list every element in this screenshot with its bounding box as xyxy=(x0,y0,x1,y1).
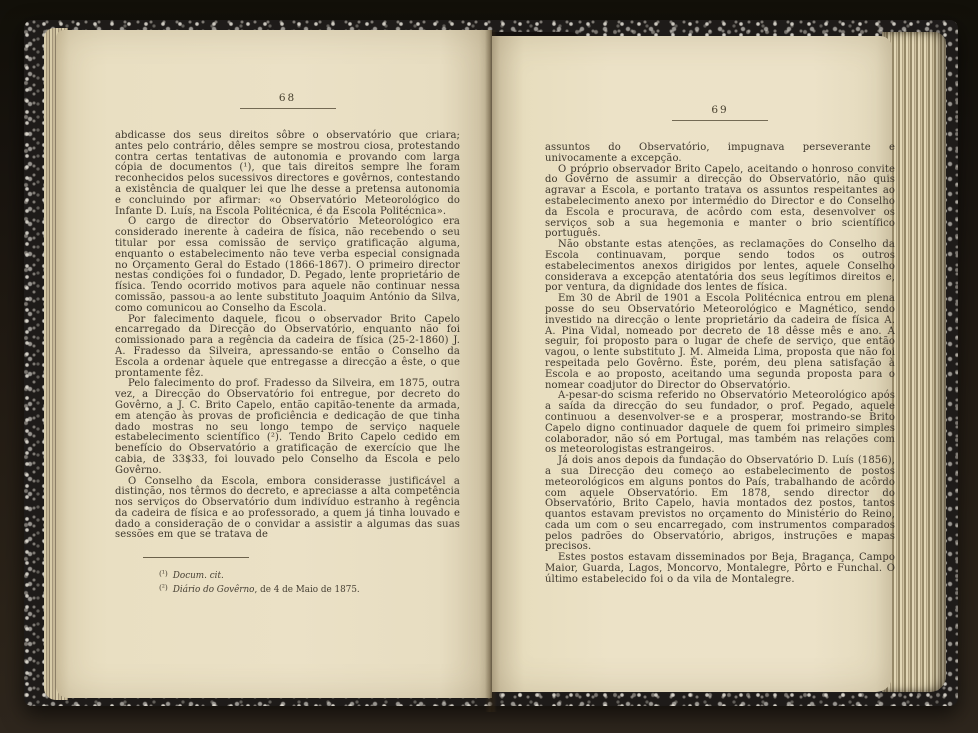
footnote-rule xyxy=(143,557,249,558)
paragraph: Em 30 de Abril de 1901 a Escola Politécn… xyxy=(545,294,895,391)
right-page-content: 69 assuntos do Observatório, impugnava p… xyxy=(545,98,895,586)
footnote: (²)Diário do Govêrno, de 4 de Maio de 18… xyxy=(115,582,460,596)
paragraph: O próprio observador Brito Capelo, aceit… xyxy=(545,165,895,241)
footnote-text-rest: , de 4 de Maio de 1875. xyxy=(254,585,359,595)
paragraph: Estes postos estavam disseminados por Be… xyxy=(545,553,895,585)
paragraph: Por falecimento daquele, ficou o observa… xyxy=(115,315,460,380)
paragraph: abdicasse dos seus direitos sôbre o obse… xyxy=(115,131,460,217)
paragraph: assuntos do Observatório, impugnava pers… xyxy=(545,143,895,165)
paragraph: Já dois anos depois da fundação do Obser… xyxy=(545,456,895,553)
footnote-text: Docum. cit. xyxy=(173,571,224,581)
right-page-header: 69 xyxy=(545,98,895,121)
left-page-header: 68 xyxy=(115,86,460,109)
footnote-marker: (¹) xyxy=(159,569,168,578)
paragraph: A-pesar-do scisma referido no Observatór… xyxy=(545,391,895,456)
paragraph: Não obstante estas atenções, as reclamaç… xyxy=(545,240,895,294)
paragraph: O Conselho da Escola, embora considerass… xyxy=(115,477,460,542)
page-number: 69 xyxy=(711,104,728,116)
left-page: 68 abdicasse dos seus direitos sôbre o o… xyxy=(56,30,492,698)
left-page-content: 68 abdicasse dos seus direitos sôbre o o… xyxy=(115,86,460,596)
footnote: (¹)Docum. cit. xyxy=(115,568,460,582)
right-page: 69 assuntos do Observatório, impugnava p… xyxy=(492,36,892,692)
page-number-rule xyxy=(240,108,336,109)
page-number-rule xyxy=(672,120,768,121)
footnote-text: Diário do Govêrno xyxy=(173,585,255,595)
page-number: 68 xyxy=(279,92,296,104)
paragraph: O cargo de director do Observatório Mete… xyxy=(115,217,460,314)
footnote-marker: (²) xyxy=(159,583,168,592)
book-photo: 68 abdicasse dos seus direitos sôbre o o… xyxy=(0,0,978,733)
paragraph: Pelo falecimento do prof. Fradesso da Si… xyxy=(115,379,460,476)
